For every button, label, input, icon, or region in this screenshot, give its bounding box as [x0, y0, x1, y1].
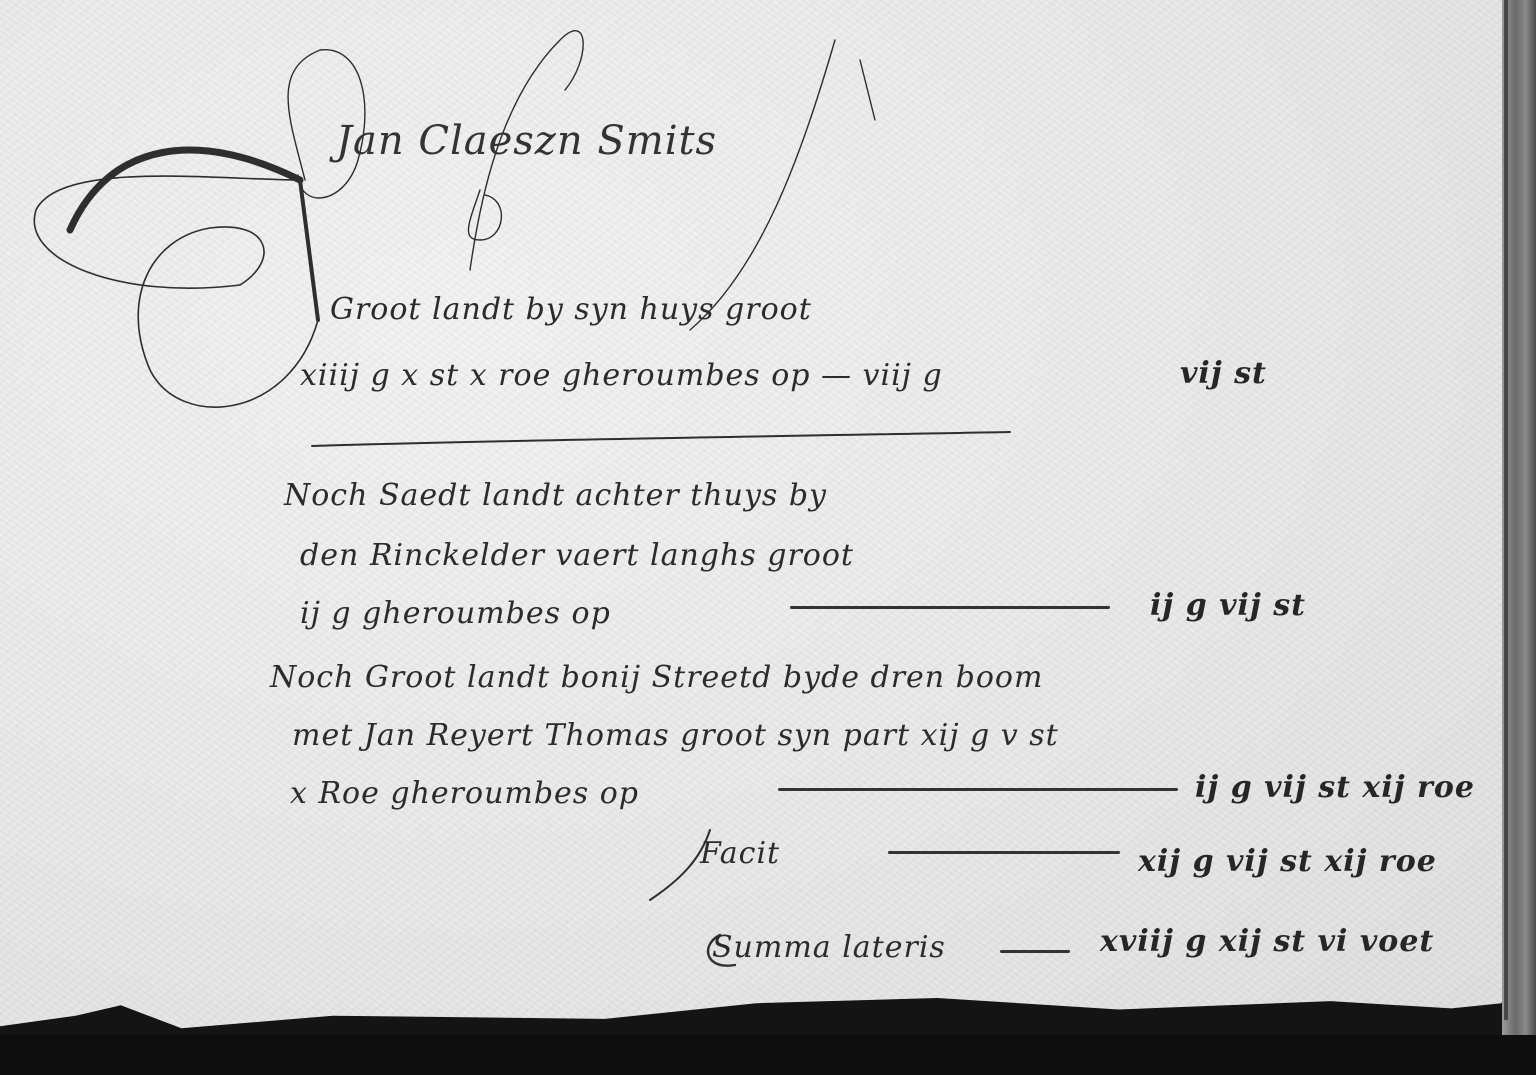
summa-dash-rule — [1000, 950, 1070, 953]
facit-dash-rule — [888, 851, 1120, 854]
entry-1-amount: vij st — [1180, 356, 1267, 391]
entry-2-line-3: ij g gheroumbes op — [300, 596, 611, 631]
entry-1-line-2: xiiij g x st x roe gheroumbes op — viij … — [300, 358, 943, 393]
entry-1-line-1: Groot landt by syn huys groot — [330, 292, 812, 327]
summa-label: Summa lateris — [712, 930, 946, 965]
entry-3-dash-rule — [778, 788, 1178, 791]
page-edge — [1504, 0, 1508, 1020]
facit-label: Facit — [700, 836, 780, 871]
entry-3-amount: ij g vij st xij roe — [1195, 770, 1475, 805]
entry-2-line-2: den Rinckelder vaert langhs groot — [300, 538, 854, 573]
paper-page — [0, 0, 1512, 1045]
bottom-edge-shadow — [0, 1035, 1536, 1075]
entry-3-line-3: x Roe gheroumbes op — [290, 776, 639, 811]
entry-2-amount: ij g vij st — [1150, 588, 1306, 623]
facit-amount: xij g vij st xij roe — [1138, 844, 1437, 879]
entry-2-dash-rule — [790, 606, 1110, 609]
manuscript-photo: Jan Claeszn Smits Groot landt by syn huy… — [0, 0, 1536, 1075]
entry-3-line-1: Noch Groot landt bonij Streetd byde dren… — [270, 660, 1043, 695]
summa-amount: xviij g xij st vi voet — [1100, 924, 1434, 959]
entry-2-line-1: Noch Saedt landt achter thuys by — [284, 478, 827, 513]
page-heading: Jan Claeszn Smits — [336, 118, 717, 164]
entry-3-line-2: met Jan Reyert Thomas groot syn part xij… — [292, 718, 1059, 753]
